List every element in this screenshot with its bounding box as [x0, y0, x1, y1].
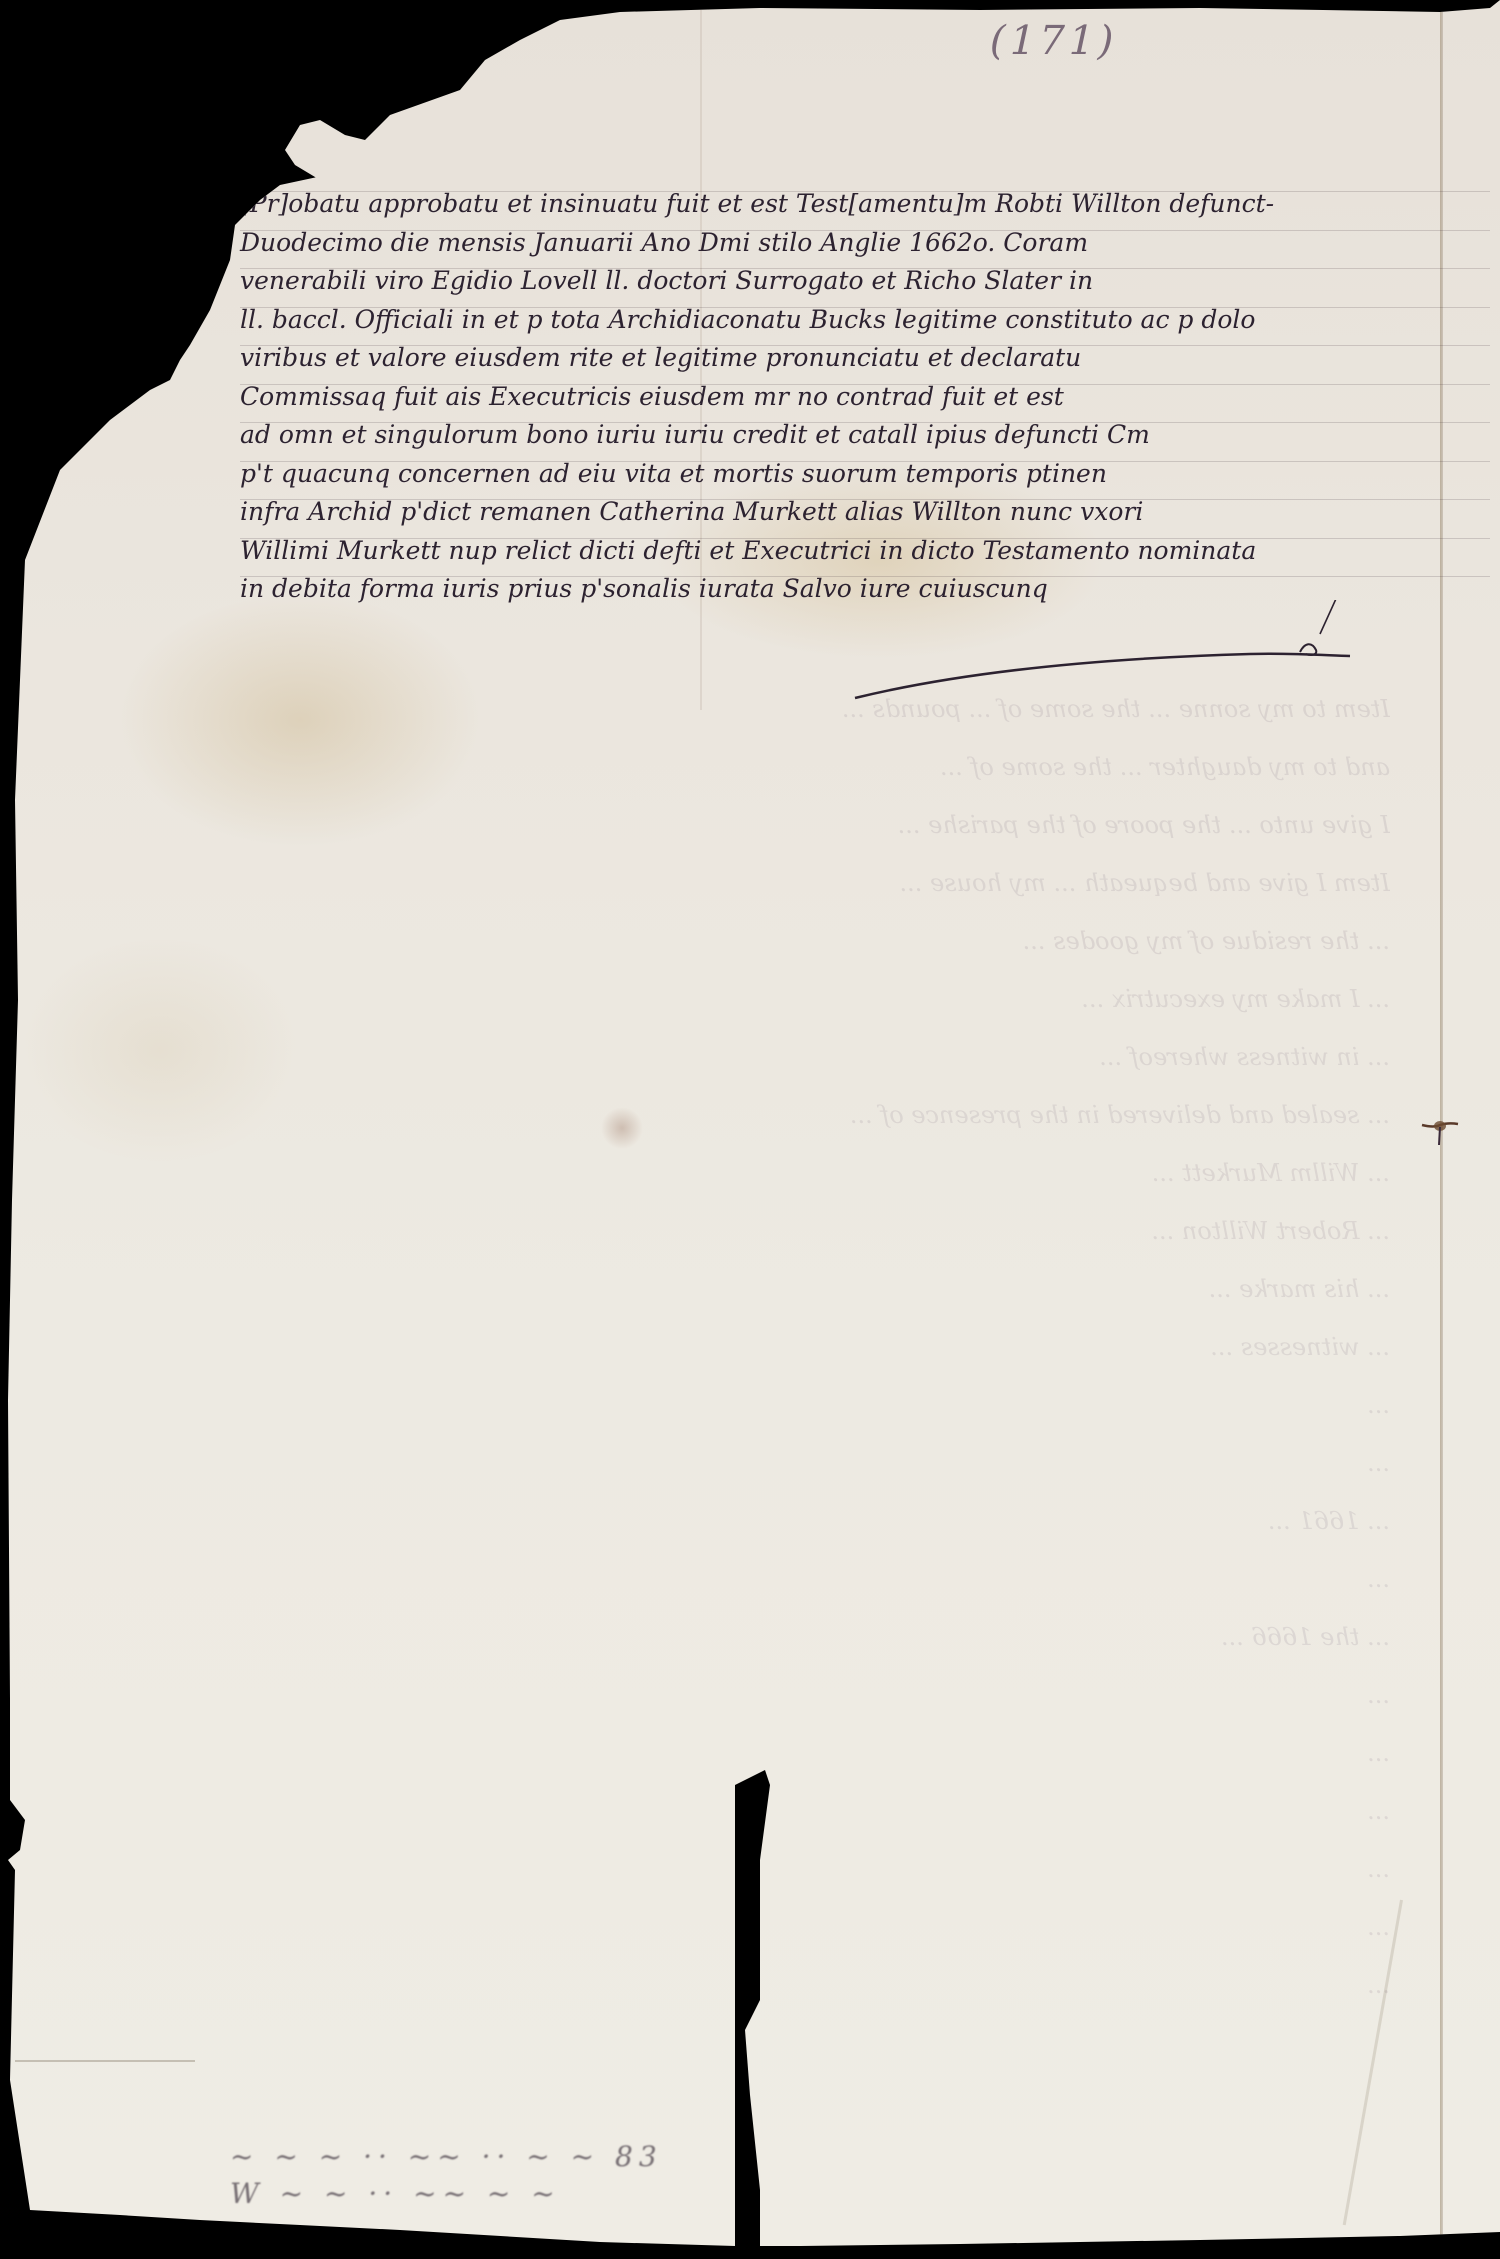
entry-line: [Pr]obatu approbatu et insinuatu fuit et…: [240, 185, 1450, 224]
entry-line: ad omn et singulorum bono iuriu iuriu cr…: [240, 416, 1450, 455]
bottom-faded-annotation: ~ ~ ~ ·· ~~ ·· ~ ~ 83 W ~ ~ ·· ~~ ~ ~: [230, 2140, 663, 2210]
folio-number: (171): [985, 18, 1122, 64]
entry-line: infra Archid p'dict remanen Catherina Mu…: [240, 493, 1450, 532]
ink-blot-icon: [1420, 1115, 1460, 1145]
entry-line: Willimi Murkett nup relict dicti defti e…: [240, 532, 1450, 571]
entry-line: Duodecimo die mensis Januarii Ano Dmi st…: [240, 224, 1450, 263]
bleed-through-text: Item to my sonne ... the some of ... pou…: [170, 680, 1390, 2080]
entry-line: Commissaq fuit ais Executricis eiusdem m…: [240, 378, 1450, 417]
signature-flourish-icon: [850, 600, 1370, 710]
bottom-left-crease: [15, 2060, 195, 2062]
entry-line: viribus et valore eiusdem rite et legiti…: [240, 339, 1450, 378]
entry-line: p't quacunq concernen ad eiu vita et mor…: [240, 455, 1450, 494]
entry-line: ll. baccl. Officiali in et p tota Archid…: [240, 301, 1450, 340]
entry-line: venerabili viro Egidio Lovell ll. doctor…: [240, 262, 1450, 301]
manuscript-page: Item to my sonne ... the some of ... pou…: [0, 0, 1500, 2259]
probate-entry: [Pr]obatu approbatu et insinuatu fuit et…: [240, 185, 1450, 609]
